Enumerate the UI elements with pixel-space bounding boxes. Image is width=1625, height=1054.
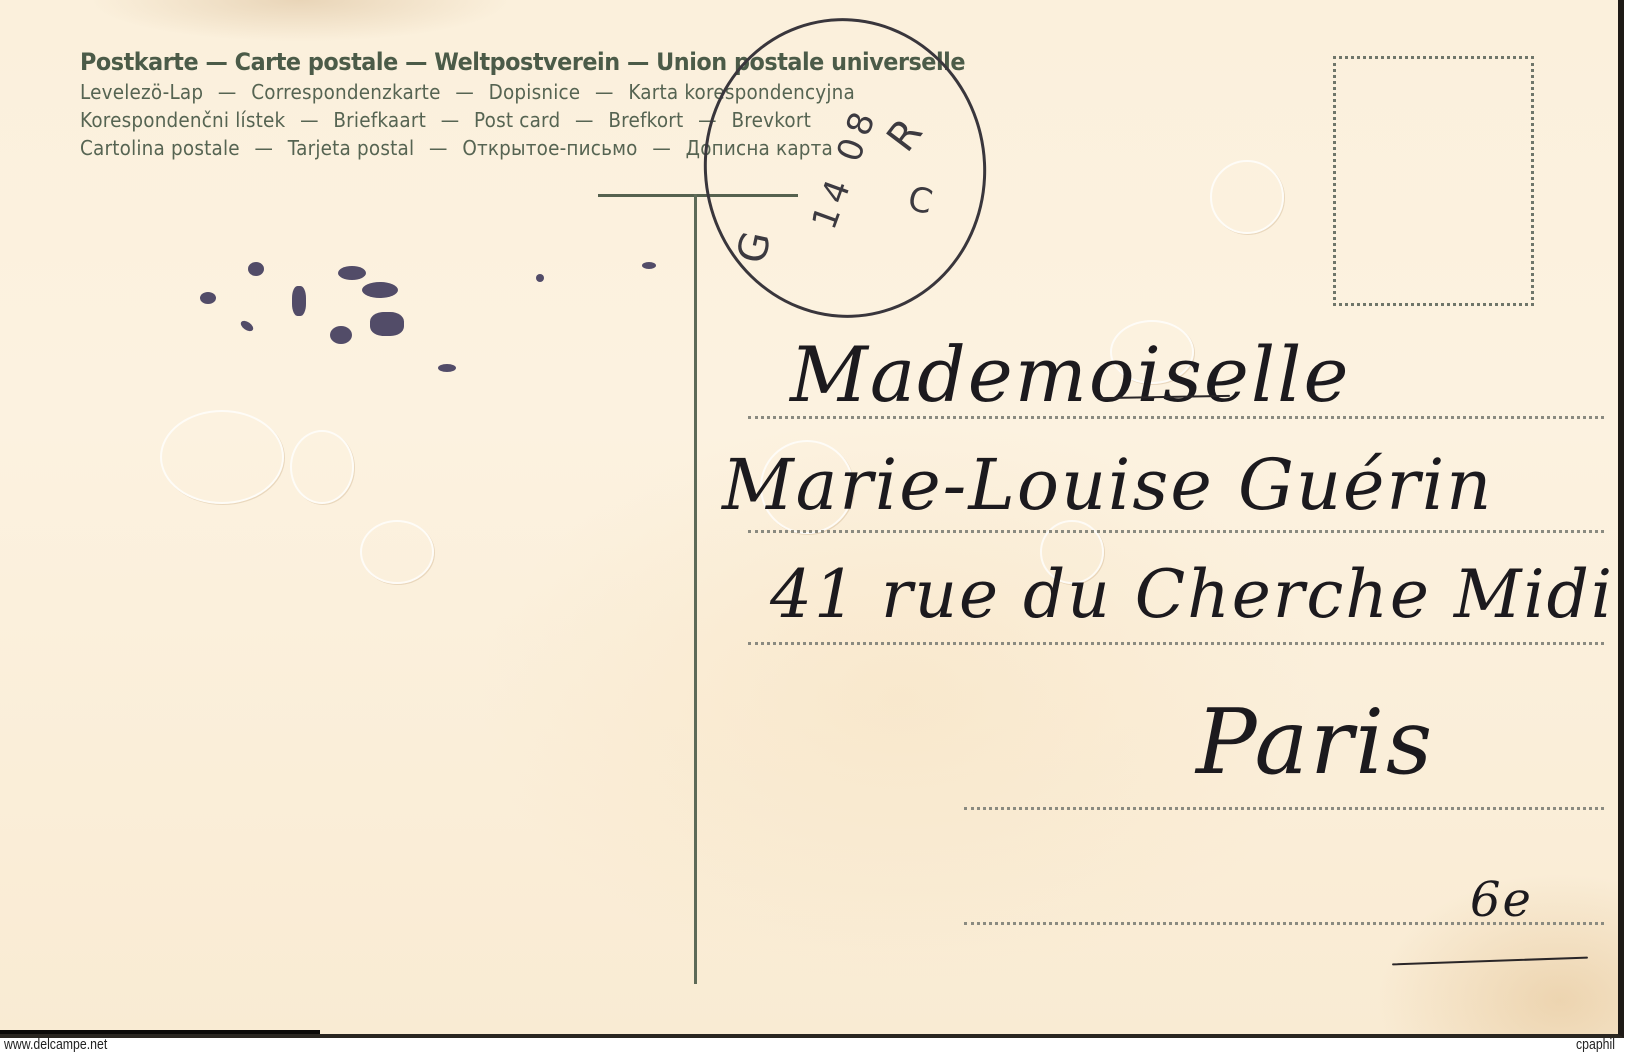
header-term: Post card	[474, 108, 560, 132]
header-separator: —	[455, 80, 474, 104]
header-term: Correspondenzkarte	[251, 80, 440, 104]
ink-stain	[200, 292, 216, 304]
header-separator: —	[429, 136, 448, 160]
addressee-name: Marie-Louise Guérin	[722, 444, 1493, 526]
header-term: Brefkort	[608, 108, 683, 132]
address-line-4	[964, 807, 1604, 810]
header-separator: —	[652, 136, 671, 160]
ink-stain	[338, 266, 366, 280]
header-term: Dopisnice	[489, 80, 581, 104]
postcard-back: Postkarte — Carte postale — Weltpostvere…	[0, 0, 1624, 1038]
header-separator: —	[205, 48, 227, 76]
postmark-letter: G	[729, 227, 780, 267]
center-divider-line	[694, 194, 697, 984]
ink-stain	[330, 326, 352, 344]
header-term: Cartolina postale	[80, 136, 240, 160]
ink-stain	[370, 312, 404, 336]
ink-stain	[642, 262, 656, 269]
address-line-3	[748, 642, 1604, 645]
ink-stain	[438, 364, 456, 372]
ink-stain	[292, 286, 306, 316]
header-term: Levelezö-Lap	[80, 80, 203, 104]
header-title-part: Weltpostverein	[434, 48, 619, 76]
header-separator: —	[218, 80, 237, 104]
ink-stain	[248, 262, 264, 276]
header-separator: —	[441, 108, 460, 132]
stamp-placement-box	[1333, 56, 1534, 306]
ink-stain	[239, 319, 255, 334]
addressee-district: 6e	[1470, 872, 1533, 928]
emboss-ornament	[1210, 160, 1284, 234]
postmark-letter: R	[878, 110, 931, 160]
ink-stain	[362, 282, 398, 298]
emboss-ornament	[360, 520, 434, 584]
header-separator: —	[575, 108, 594, 132]
header-term: Korespondenčni lístek	[80, 108, 285, 132]
seller-watermark: cpaphil	[1576, 1036, 1615, 1053]
postmark-letter: C	[904, 179, 936, 223]
header-title-part: Carte postale	[235, 48, 398, 76]
header-separator: —	[595, 80, 614, 104]
header-separator: —	[627, 48, 649, 76]
addressee-street: 41 rue du Cherche Midi	[770, 556, 1614, 633]
header-separator: —	[254, 136, 273, 160]
emboss-ornament	[160, 410, 284, 504]
header-term: Briefkaart	[333, 108, 426, 132]
address-line-2	[748, 530, 1604, 533]
addressee-title: Mademoiselle	[790, 330, 1350, 419]
emboss-ornament	[290, 430, 354, 504]
source-watermark: www.delcampe.net	[4, 1036, 107, 1053]
header-separator: —	[300, 108, 319, 132]
header-term: Tarjeta postal	[288, 136, 415, 160]
postmark-date: 14 08	[804, 101, 885, 234]
header-term: Открытое-письмо	[462, 136, 637, 160]
ink-stain	[536, 274, 544, 282]
closing-flourish	[1392, 957, 1588, 966]
header-separator: —	[405, 48, 427, 76]
addressee-city: Paris	[1196, 690, 1434, 795]
header-title-part: Postkarte	[80, 48, 198, 76]
